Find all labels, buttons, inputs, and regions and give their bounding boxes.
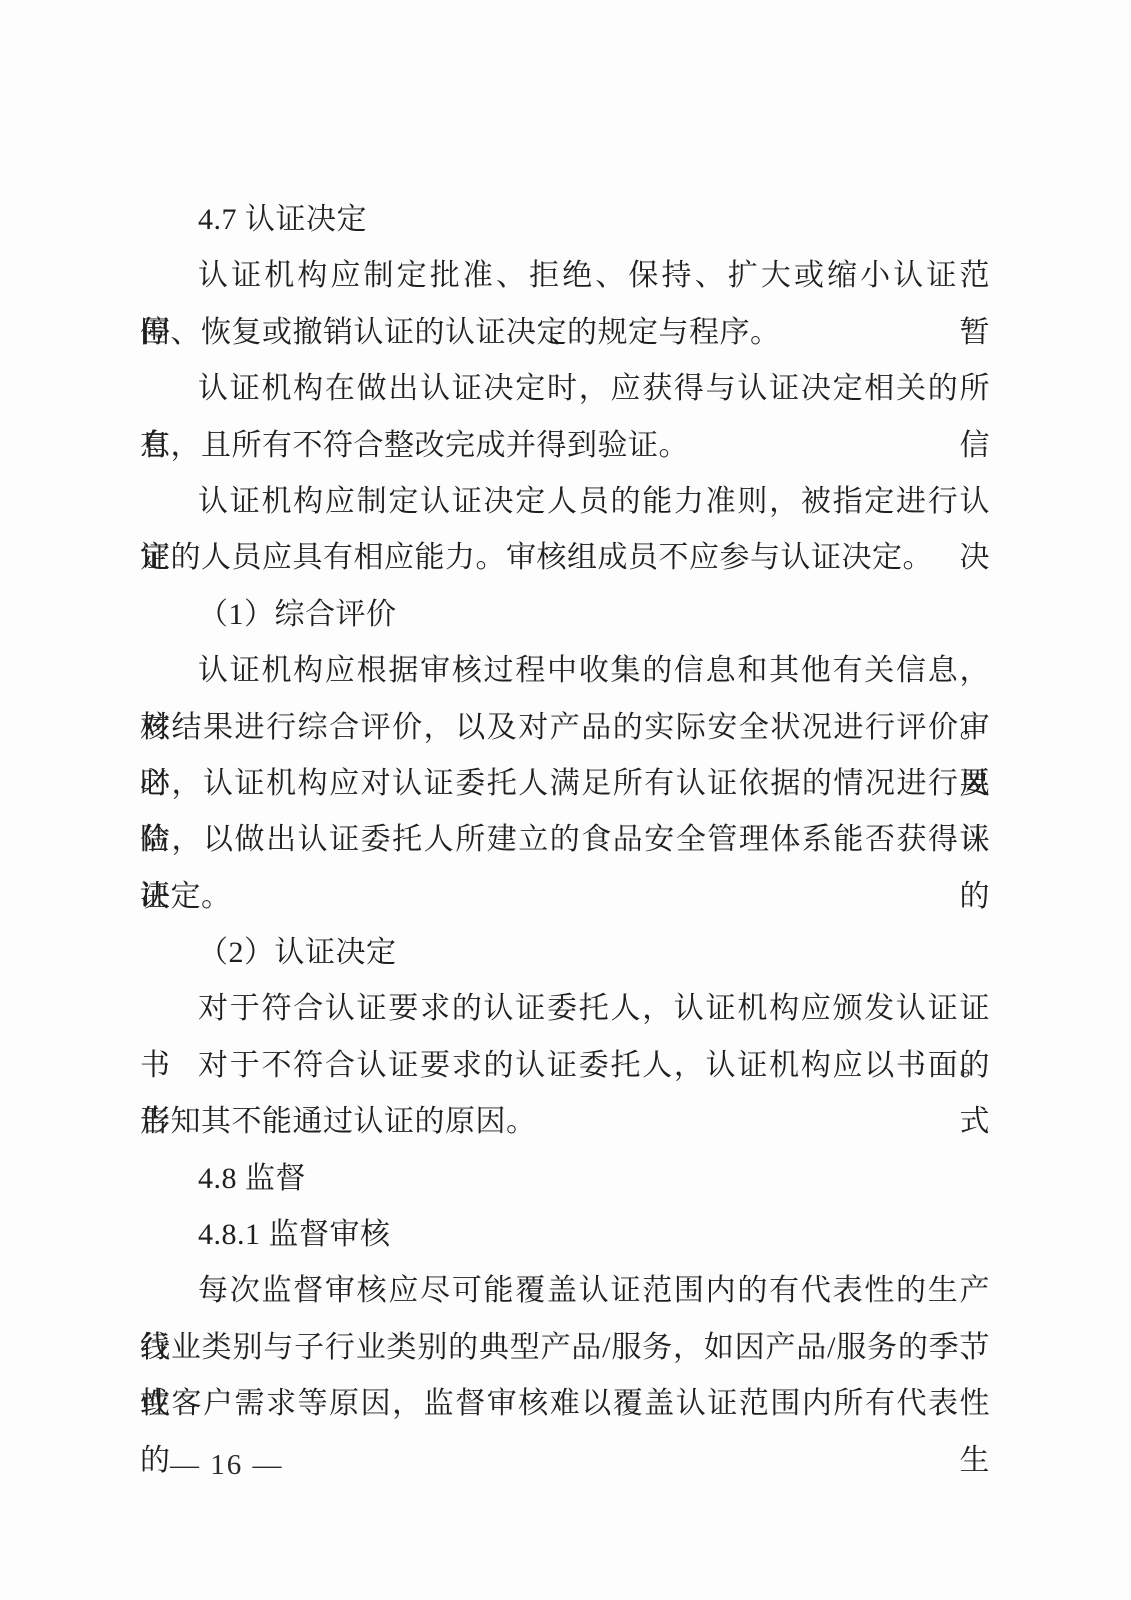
document-page: 4.7 认证决定认证机构应制定批准、拒绝、保持、扩大或缩小认证范围、暂停、恢复或…: [0, 0, 1131, 1600]
page-number: — 16 —: [170, 1449, 284, 1481]
heading-line: （1）综合评价: [140, 587, 990, 643]
heading-line: （2）认证决定: [140, 925, 990, 981]
paragraph-line: 行业类别与子行业类别的典型产品/服务，如因产品/服务的季节性: [140, 1320, 990, 1376]
paragraph-line: 认证机构应制定认证决定人员的能力准则，被指定进行认证决: [140, 474, 990, 530]
paragraph-line: 或客户需求等原因，监督审核难以覆盖认证范围内所有代表性的生: [140, 1376, 990, 1432]
heading-line: 4.7 认证决定: [140, 192, 990, 248]
paragraph-line: 核结果进行综合评价，以及对产品的实际安全状况进行评价。必要: [140, 700, 990, 756]
paragraph-line: 定的人员应具有相应能力。审核组成员不应参与认证决定。: [140, 530, 990, 586]
heading-line: 4.8 监督: [140, 1151, 990, 1207]
paragraph-line: 对于符合认证要求的认证委托人，认证机构应颁发认证证书。: [140, 981, 990, 1037]
paragraph-line: 对于不符合认证要求的认证委托人，认证机构应以书面的形式: [140, 1038, 990, 1094]
paragraph-line: 时，认证机构应对认证委托人满足所有认证依据的情况进行风险评: [140, 756, 990, 812]
paragraph-line: 每次监督审核应尽可能覆盖认证范围内的有代表性的生产线、: [140, 1263, 990, 1319]
paragraph-line: 认证机构应根据审核过程中收集的信息和其他有关信息，对审: [140, 643, 990, 699]
heading-line: 4.8.1 监督审核: [140, 1207, 990, 1263]
page-footer: — 16 —: [170, 1448, 284, 1482]
paragraph-line: 认证机构应制定批准、拒绝、保持、扩大或缩小认证范围、暂: [140, 248, 990, 304]
paragraph-line: 估，以做出认证委托人所建立的食品安全管理体系能否获得认证的: [140, 812, 990, 868]
paragraph-line: 认证机构在做出认证决定时，应获得与认证决定相关的所有信: [140, 361, 990, 417]
document-content: 4.7 认证决定认证机构应制定批准、拒绝、保持、扩大或缩小认证范围、暂停、恢复或…: [140, 192, 990, 1433]
